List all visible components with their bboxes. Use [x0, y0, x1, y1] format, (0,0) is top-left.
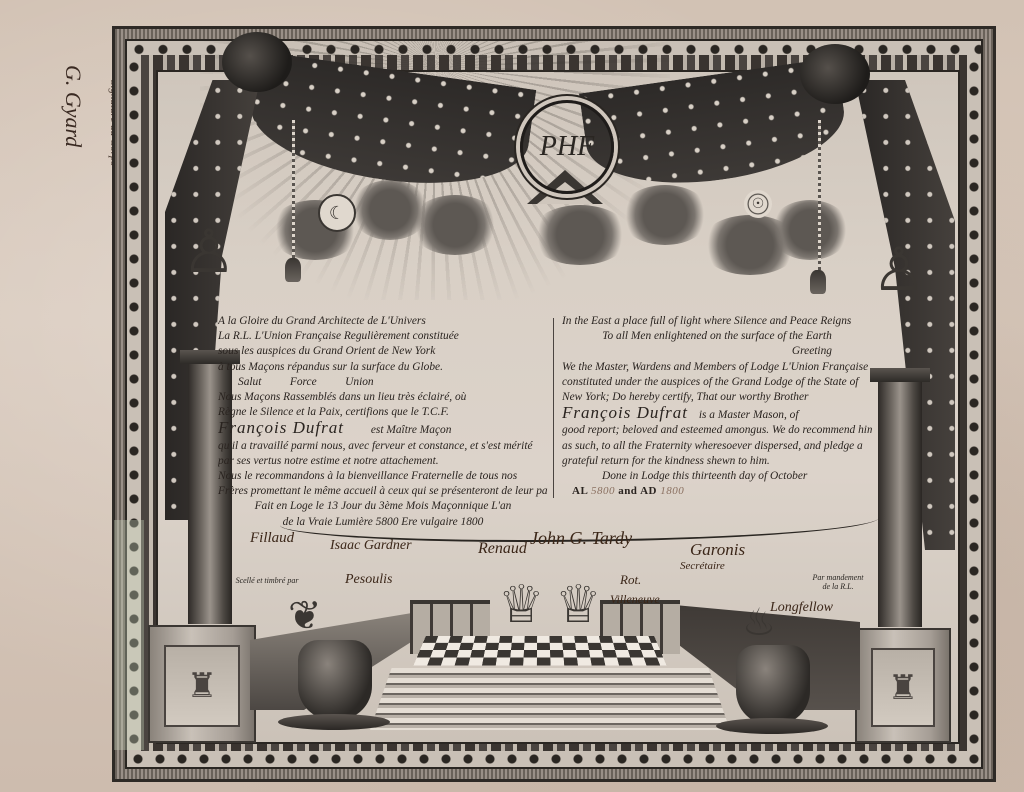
margin-signature: G. Gyard [60, 65, 86, 147]
signature: John G. Tardy [530, 528, 632, 549]
text-line: Nous Maçons Rassemblés dans un lieu très… [218, 390, 548, 405]
text-line: grateful return for the kindness shewn t… [562, 454, 872, 469]
text-line: as such, to all the Fraternity wheresoev… [562, 439, 872, 454]
monogram-seal: PHF [520, 100, 614, 194]
ad-year: 1800 [660, 485, 684, 497]
drape-knot-left [222, 32, 292, 92]
signature: Pesoulis [345, 572, 392, 588]
margin-annotation: G. Gyard Signature du Corps [8, 20, 123, 220]
certificate-paper: G. Gyard Signature du Corps PHF ☾ ☉ ♙ ♙ [0, 0, 1024, 792]
drape-knot-right [800, 44, 870, 104]
signature: Longfellow [770, 600, 833, 616]
cloud [770, 200, 850, 260]
eagle-icon: ❦ [288, 596, 322, 636]
tassel-left [285, 258, 301, 282]
temple-steps [370, 668, 730, 730]
signature: Fillaud [250, 530, 294, 547]
text-line: sous les auspices du Grand Orient de New… [218, 344, 548, 359]
text-line: La R.L. L'Union Française Regulièrement … [218, 329, 548, 344]
text-line: par ses vertus notre estime et notre att… [218, 454, 548, 469]
date-line: AL 5800 and AD 1800 [562, 484, 872, 499]
urn-right [736, 645, 810, 725]
crowned-figure-left: ♕ [498, 580, 545, 632]
text-line: To all Men enlightened on the surface of… [562, 329, 872, 344]
pedestal-relief-left: ♜ [164, 645, 240, 727]
pedestal-left: ♜ [148, 625, 256, 743]
rope-left [292, 120, 295, 260]
text-line: Nous le recommandons à la bienveillance … [218, 469, 548, 484]
text-line: Règne le Silence et la Paix, certifions … [218, 405, 548, 420]
text-line: Frères promettant le même accueil à ceux… [218, 484, 548, 499]
moon-face-icon: ☾ [318, 194, 356, 232]
signature: Rot. [620, 572, 641, 588]
rank-en: is a Master Mason, of [691, 409, 799, 421]
by-command-line1: Par mandement [808, 573, 868, 582]
urn-base-right [716, 718, 828, 734]
text-line: qu'il a travaillé parmi nous, avec ferve… [218, 439, 548, 454]
statue-right-figure: ♙ [872, 240, 926, 300]
tape-strip [114, 520, 144, 750]
signature: Garonis [690, 540, 745, 560]
pedestal-right: ♜ [855, 628, 951, 743]
rank-fr: est Maître Maçon [347, 424, 452, 436]
urn-base-left [278, 714, 390, 730]
text-line: constituted under the auspices of the Gr… [562, 375, 872, 390]
signature: Renaud [478, 540, 527, 558]
text-line: Greeting [562, 344, 872, 359]
signature: Villeneuve [610, 592, 660, 607]
crowned-figure-right: ♕ [555, 580, 602, 632]
and-ad-label: and AD [618, 485, 657, 497]
cloud [530, 205, 630, 265]
signature: Isaac Gardner [330, 538, 412, 554]
al-year: 5800 [591, 485, 615, 497]
cloud [410, 195, 500, 255]
tassel-right [810, 270, 826, 294]
by-command-note: Par mandement de la R.L. [808, 573, 868, 591]
signature: Secrétaire [680, 560, 725, 572]
cloud [620, 185, 710, 245]
text-line: A la Gloire du Grand Architecte de L'Uni… [218, 314, 548, 329]
bottom-ornament [127, 751, 981, 767]
al-label: AL [572, 485, 588, 497]
brother-name-en: François Dufrat [562, 405, 688, 422]
sun-face-icon: ☉ [744, 190, 772, 218]
text-line: Salut Force Union [218, 375, 548, 390]
sealed-by-note: Scellé et timbré par [232, 576, 302, 585]
text-line: New York; Do hereby certify, That our wo… [562, 390, 872, 405]
text-line: In the East a place full of light where … [562, 314, 872, 329]
text-line: à tous Maçons répandus sur la surface du… [218, 360, 548, 375]
pedestal-relief-right: ♜ [871, 648, 935, 727]
english-text-block: In the East a place full of light where … [562, 314, 872, 499]
text-line: We the Master, Wardens and Members of Lo… [562, 360, 872, 375]
french-text-block: A la Gloire du Grand Architecte de L'Uni… [218, 314, 548, 530]
urn-left [298, 640, 372, 720]
by-command-line2: de la R.L. [808, 582, 868, 591]
pillar-right [878, 382, 922, 627]
brother-name-fr: François Dufrat [218, 420, 344, 437]
statue-left-figure: ♙ [182, 222, 236, 282]
column-divider [553, 318, 554, 498]
text-line: Done in Lodge this thirteenth day of Oct… [562, 469, 872, 484]
text-line: good report; beloved and esteemed amongu… [562, 423, 872, 438]
rope-right [818, 120, 821, 270]
pillar-capital-right [870, 368, 930, 382]
right-ornament [967, 55, 981, 751]
checkered-floor [413, 636, 666, 666]
